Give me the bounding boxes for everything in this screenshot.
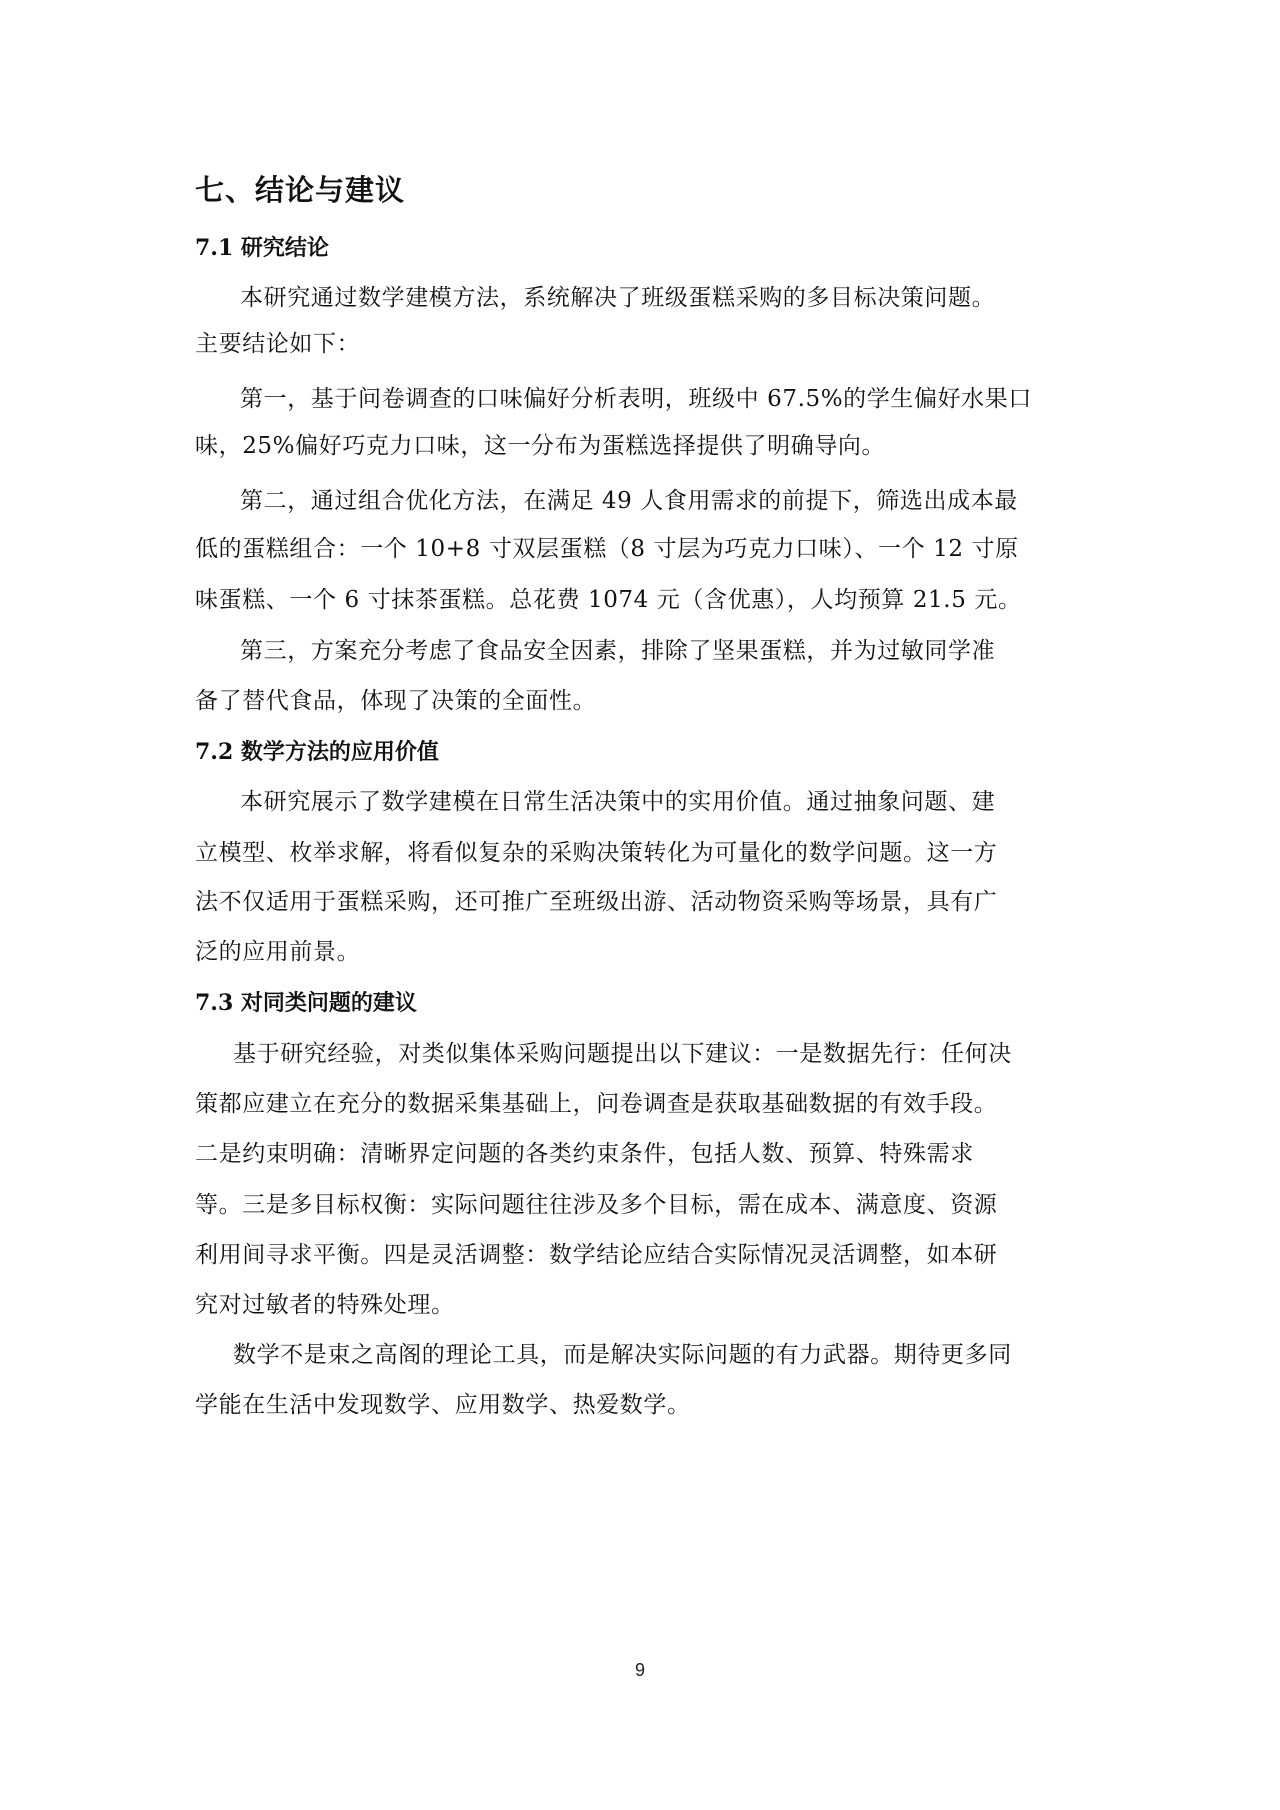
paragraph-line: 法不仅适用于蛋糕采购，还可推广至班级出游、活动物资采购等场景，具有广 (195, 887, 997, 917)
paragraph-line: 究对过敏者的特殊处理。 (195, 1290, 455, 1320)
paragraph-line: 第二，通过组合优化方法，在满足 49 人食用需求的前提下，筛选出成本最 (240, 486, 1018, 516)
paragraph-line: 低的蛋糕组合：一个 10+8 寸双层蛋糕（8 寸层为巧克力口味）、一个 12 寸… (195, 534, 1019, 564)
paragraph-line: 基于研究经验，对类似集体采购问题提出以下建议：一是数据先行：任何决 (233, 1039, 1012, 1069)
chapter-title: 七、结论与建议 (195, 172, 405, 208)
paragraph-line: 立模型、枚举求解，将看似复杂的采购决策转化为可量化的数学问题。这一方 (195, 838, 997, 868)
section-heading-7-3: 7.3 对同类问题的建议 (195, 988, 417, 1018)
document-page: 七、结论与建议 7.1 研究结论 本研究通过数学建模方法，系统解决了班级蛋糕采购… (0, 0, 1280, 1810)
paragraph-line: 第三，方案充分考虑了食品安全因素，排除了坚果蛋糕，并为过敏同学准 (240, 636, 995, 666)
page-number: 9 (0, 1660, 1280, 1681)
paragraph-line: 策都应建立在充分的数据采集基础上，问卷调查是获取基础数据的有效手段。 (195, 1089, 997, 1119)
paragraph-line: 本研究展示了数学建模在日常生活决策中的实用价值。通过抽象问题、建 (240, 787, 995, 817)
paragraph-line: 等。三是多目标权衡：实际问题往往涉及多个目标，需在成本、满意度、资源 (195, 1190, 997, 1220)
paragraph-line: 数学不是束之高阁的理论工具，而是解决实际问题的有力武器。期待更多同 (233, 1340, 1012, 1370)
paragraph-line: 二是约束明确：清晰界定问题的各类约束条件，包括人数、预算、特殊需求 (195, 1139, 974, 1169)
section-heading-7-2: 7.2 数学方法的应用价值 (195, 737, 439, 767)
section-heading-7-1: 7.1 研究结论 (195, 233, 329, 263)
paragraph-line: 泛的应用前景。 (195, 937, 360, 967)
paragraph-line: 学能在生活中发现数学、应用数学、热爱数学。 (195, 1390, 691, 1420)
paragraph-line: 味，25%偏好巧克力口味，这一分布为蛋糕选择提供了明确导向。 (195, 431, 885, 461)
paragraph-line: 利用间寻求平衡。四是灵活调整：数学结论应结合实际情况灵活调整，如本研 (195, 1240, 997, 1270)
paragraph-line: 备了替代食品，体现了决策的全面性。 (195, 686, 596, 716)
paragraph-line: 味蛋糕、一个 6 寸抹茶蛋糕。总花费 1074 元（含优惠），人均预算 21.5… (195, 585, 1022, 615)
paragraph-line: 主要结论如下： (195, 329, 360, 359)
paragraph-line: 本研究通过数学建模方法，系统解决了班级蛋糕采购的多目标决策问题。 (240, 283, 995, 313)
paragraph-line: 第一，基于问卷调查的口味偏好分析表明，班级中 67.5%的学生偏好水果口 (240, 384, 1032, 414)
